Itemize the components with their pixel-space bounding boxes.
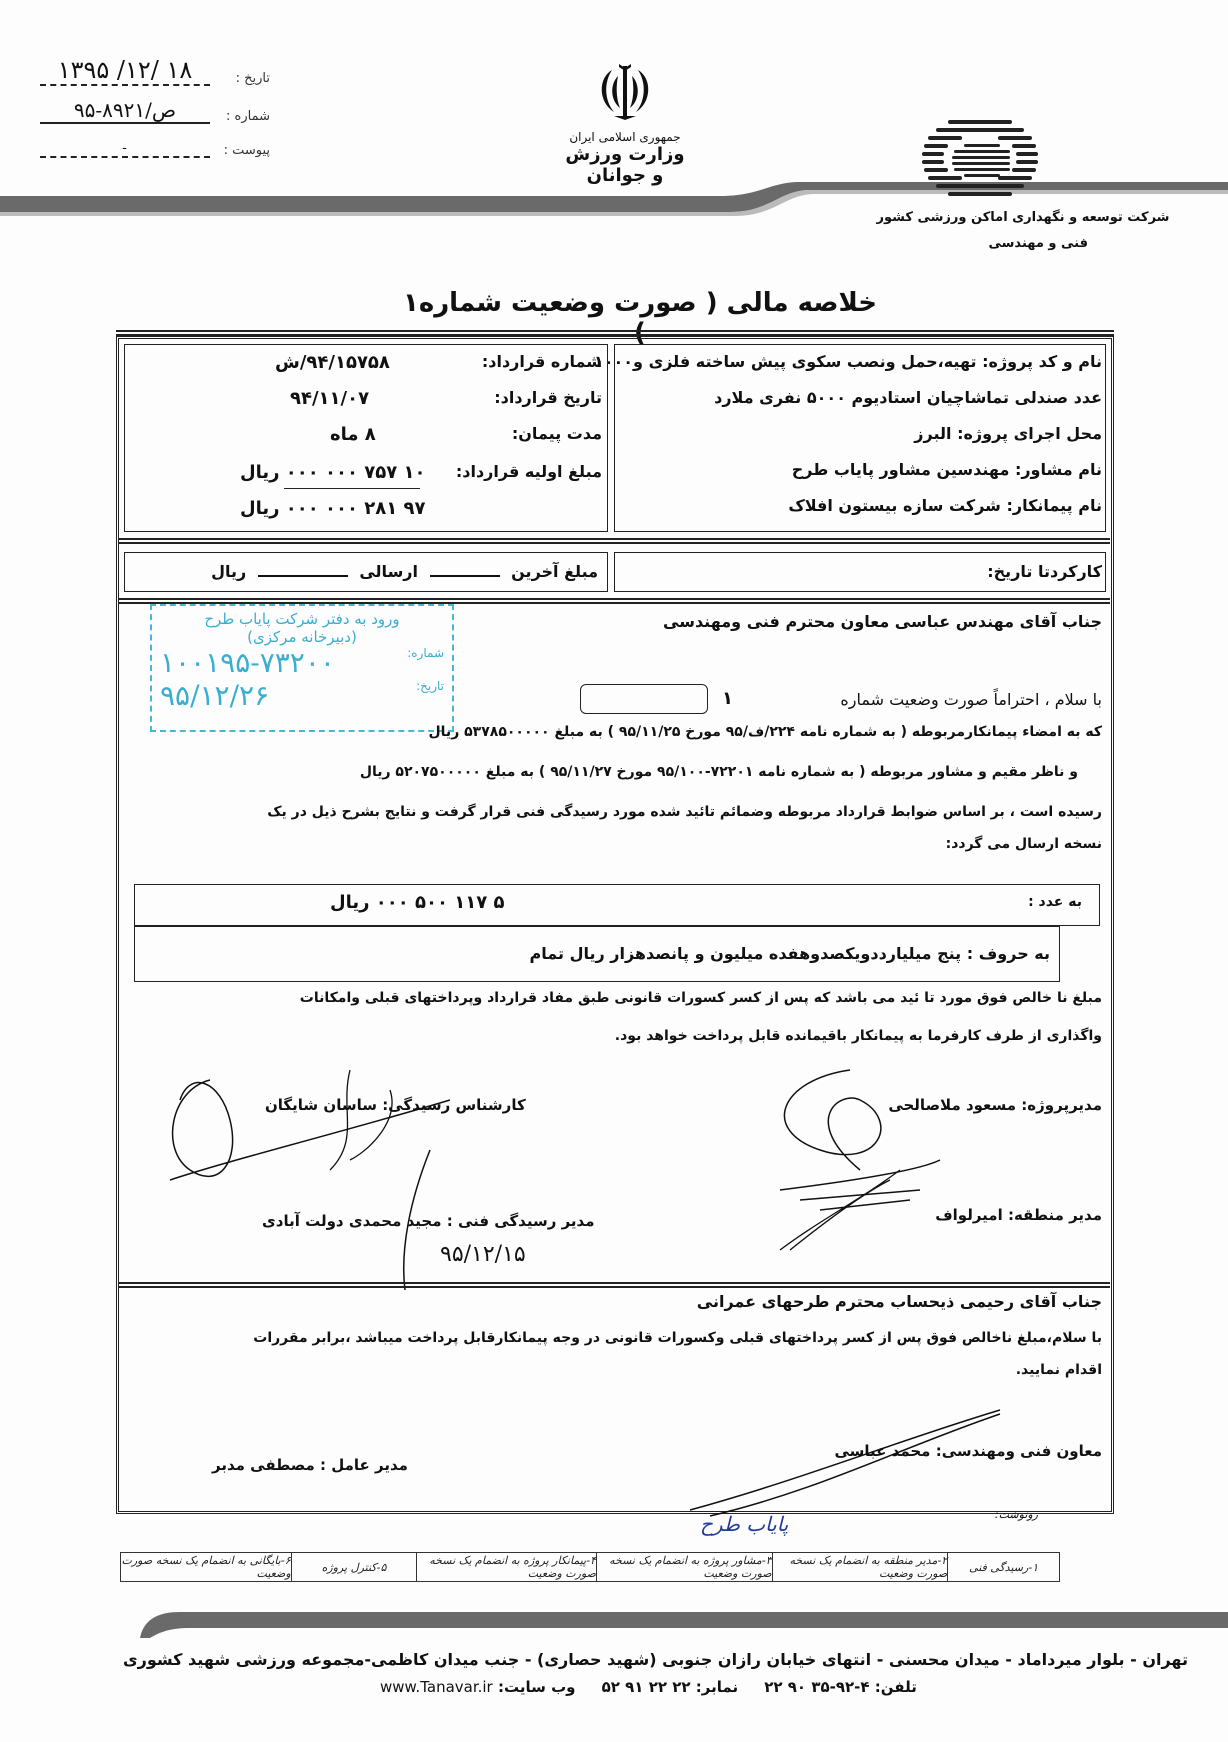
statement-number: ۱ [722, 688, 733, 709]
amount-numeric-label: به عدد : [1028, 894, 1082, 910]
letter-line2: و ناظر مقیم و مشاور مربوطه ( به شماره نا… [360, 764, 1078, 780]
ministry-header: جمهوری اسلامی ایران وزارت ورزش و جوانان [560, 60, 690, 186]
iran-emblem-icon [590, 60, 660, 122]
emblem-subtitle: جمهوری اسلامی ایران [560, 130, 690, 144]
attachment-field: پیوست : - [40, 140, 270, 158]
phone-value: ۴-۹۲-۳۵ ۹۰ ۲۲ [764, 1678, 869, 1696]
project-name-value: تهیه،حمل ونصب سکوی پیش ساخته فلزی و۱۰۰۰ [594, 352, 977, 371]
amount-words: به حروف : پنج میلیارددویکصدوهفده میلیون … [530, 944, 1050, 963]
cc-item: ۲-مدیر منطقه به انضمام یک نسخه صورت وضعی… [772, 1553, 948, 1581]
fax-value: ۲۲ ۲۲ ۹۱ ۵۲ [602, 1678, 691, 1696]
letter-line3: رسیده است ، بر اساس ضوابط قرارداد مربوطه… [267, 804, 1102, 820]
ceo-signature: مدیر عامل : مصطفی مدبر [212, 1456, 408, 1474]
number-field: شماره : ۹۵-۸۹۲۱/ص [40, 98, 270, 124]
project-manager-signature: مدیرپروژه: مسعود ملاصالحی [888, 1096, 1102, 1114]
accounting-addressee: جناب آقای رحیمی ذیحساب محترم طرحهای عمرا… [697, 1292, 1102, 1311]
initial-amount-label: مبلغ اولیه قرارداد: [456, 462, 602, 481]
number-label: شماره : [210, 109, 270, 124]
attachment-label: پیوست : [210, 143, 270, 158]
consultant-value: مهندسین مشاور پایاب طرح [792, 460, 1010, 479]
project-location: محل اجرای پروژه: البرز [914, 424, 1102, 443]
contract-date-label: تاریخ قرارداد: [494, 388, 602, 407]
date-value: ۱۳۹۵ /۱۲/ ۱۸ [40, 56, 210, 86]
cc-item: ۱-رسیدگی فنی [947, 1553, 1059, 1581]
date-label: تاریخ : [210, 71, 270, 86]
contractor-value: شرکت سازه بیستون افلاک [788, 496, 1001, 515]
regional-manager-signature: مدیر منطقه: امیرلواف [935, 1206, 1102, 1224]
amount-words-label: به حروف : [967, 944, 1050, 963]
location-value: البرز [914, 424, 951, 443]
cc-item: ۶-بایگانی به انضمام یک نسخه صورت وضعیت [121, 1553, 291, 1581]
cc-item: ۳-مشاور پروژه به انضمام یک نسخه صورت وضع… [596, 1553, 772, 1581]
consultant-label: نام مشاور: [1015, 460, 1102, 479]
website-link[interactable]: www.Tanavar.ir [380, 1678, 493, 1696]
contractor-label: نام پیمانکار: [1006, 496, 1102, 515]
ministry-name: وزارت ورزش و جوانان [560, 144, 690, 186]
accounting-line2: اقدام نمایید. [1016, 1362, 1102, 1378]
letter-line4: نسخه ارسال می گردد: [946, 836, 1102, 852]
contract-number-label: شماره قرارداد: [482, 352, 602, 371]
number-value: ۹۵-۸۹۲۱/ص [40, 98, 210, 124]
project-name-line1: نام و کد پروژه: تهیه،حمل ونصب سکوی پیش س… [594, 352, 1102, 371]
attachment-value: - [40, 140, 210, 158]
cc-distribution-table: ۱-رسیدگی فنی ۲-مدیر منطقه به انضمام یک ن… [120, 1552, 1060, 1582]
footer-band [140, 1608, 1228, 1638]
company-dept: فنی و مهندسی [989, 236, 1089, 251]
phone-label: تلفن: [875, 1678, 917, 1696]
stamp-number-label: شماره: [407, 646, 444, 679]
cc-handwritten: پایاب طرح [700, 1512, 788, 1536]
statement-number-box [580, 684, 708, 714]
review-expert-signature: کارشناس رسیدگی: ساسان شایگان [265, 1096, 526, 1114]
technical-review-manager-signature: مدیر رسیدگی فنی : مجید محمدی دولت آبادی [262, 1212, 595, 1230]
letter-line1: که به امضاء پیمانکارمربوطه ( به شماره نا… [429, 724, 1102, 740]
company-name: شرکت توسعه و نگهداری اماکن ورزشی کشور [858, 210, 1188, 225]
letter-addressee: جناب آقای مهندس عباسی معاون محترم فنی وم… [663, 612, 1102, 631]
accounting-divider [118, 1282, 1110, 1288]
duration-label: مدت پیمان: [512, 424, 602, 443]
fax-label: نمابر: [696, 1678, 738, 1696]
stamp-date: ۹۵/۱۲/۲۶ [160, 679, 269, 712]
location-label: محل اجرای پروژه: [957, 424, 1102, 443]
amount-numeric-value: ۵ ۱۱۷ ۵۰۰ ۰۰۰ ریال [330, 892, 505, 913]
note-line1: مبلغ نا خالص فوق مورد تا ئید می باشد که … [300, 990, 1102, 1006]
note-line2: واگذاری از طرف کارفرما به پیمانکار باقیم… [615, 1028, 1102, 1044]
project-name-label: نام و کد پروژه: [982, 352, 1102, 371]
stamp-line1: ورود به دفتر شرکت پایاب طرح [152, 610, 452, 628]
project-contractor: نام پیمانکار: شرکت سازه بیستون افلاک [788, 496, 1102, 515]
section-divider [118, 538, 1110, 544]
last-sent-middle: ارسالی [359, 562, 418, 581]
contract-number-value: ۹۴/۱۵۷۵۸/ش [275, 352, 390, 373]
stamp-line2: (دبیرخانه مرکزی) [152, 628, 452, 646]
date-field: تاریخ : ۱۳۹۵ /۱۲/ ۱۸ [40, 56, 270, 86]
initial-amount-value: ۱۰ ۷۵۷ ۰۰۰ ۰۰۰ ریال [240, 462, 426, 483]
amount-numeric-box [134, 884, 1100, 926]
amount-words-value: پنج میلیارددویکصدوهفده میلیون و پانصدهزا… [530, 944, 962, 963]
company-logo-icon [920, 116, 1040, 204]
deputy-signature: معاون فنی ومهندسی: محمد عباسی [835, 1442, 1103, 1460]
letter-greeting: با سلام ، احتراماً صورت وضعیت شماره [840, 690, 1102, 709]
project-name-line2: عدد صندلی تماشاچیان استادیوم ۵۰۰۰ نفری م… [714, 388, 1102, 407]
last-sent-suffix: ریال [211, 562, 246, 581]
stamp-date-label: تاریخ: [416, 679, 444, 712]
handwritten-date: ۹۵/۱۲/۱۵ [440, 1242, 526, 1267]
cc-item: ۵-کنترل پروژه [291, 1553, 417, 1581]
work-until-label: کارکردتا تاریخ: [987, 562, 1102, 581]
cc-item: ۴-پیمانکار پروژه به انضمام یک نسخه صورت … [416, 1553, 596, 1581]
cc-label: رونوشت: [995, 1508, 1038, 1521]
footer-contact: تلفن: ۴-۹۲-۳۵ ۹۰ ۲۲ نمابر: ۲۲ ۲۲ ۹۱ ۵۲ و… [380, 1678, 917, 1696]
contract-date-value: ۹۴/۱۱/۰۷ [290, 388, 369, 409]
accounting-line1: با سلام،مبلغ ناخالص فوق پس از کسر پرداخت… [253, 1330, 1102, 1346]
initial-amount-underline [284, 488, 420, 489]
footer-address: تهران - بلوار میرداماد - میدان محسنی - ا… [123, 1650, 1188, 1669]
second-amount-value: ۹۷ ۲۸۱ ۰۰۰ ۰۰۰ ریال [240, 498, 426, 519]
project-consultant: نام مشاور: مهندسین مشاور پایاب طرح [792, 460, 1102, 479]
web-label: وب سایت: [498, 1678, 576, 1696]
last-sent-prefix: مبلغ آخرین [511, 562, 598, 581]
received-stamp: ورود به دفتر شرکت پایاب طرح (دبیرخانه مر… [150, 604, 454, 732]
stamp-number: ۱۰۰۱۹۵-۷۳۲۰۰ [160, 646, 335, 679]
last-sent-field: مبلغ آخرین ارسالی ریال [211, 562, 598, 581]
duration-value: ۸ ماه [330, 424, 376, 445]
